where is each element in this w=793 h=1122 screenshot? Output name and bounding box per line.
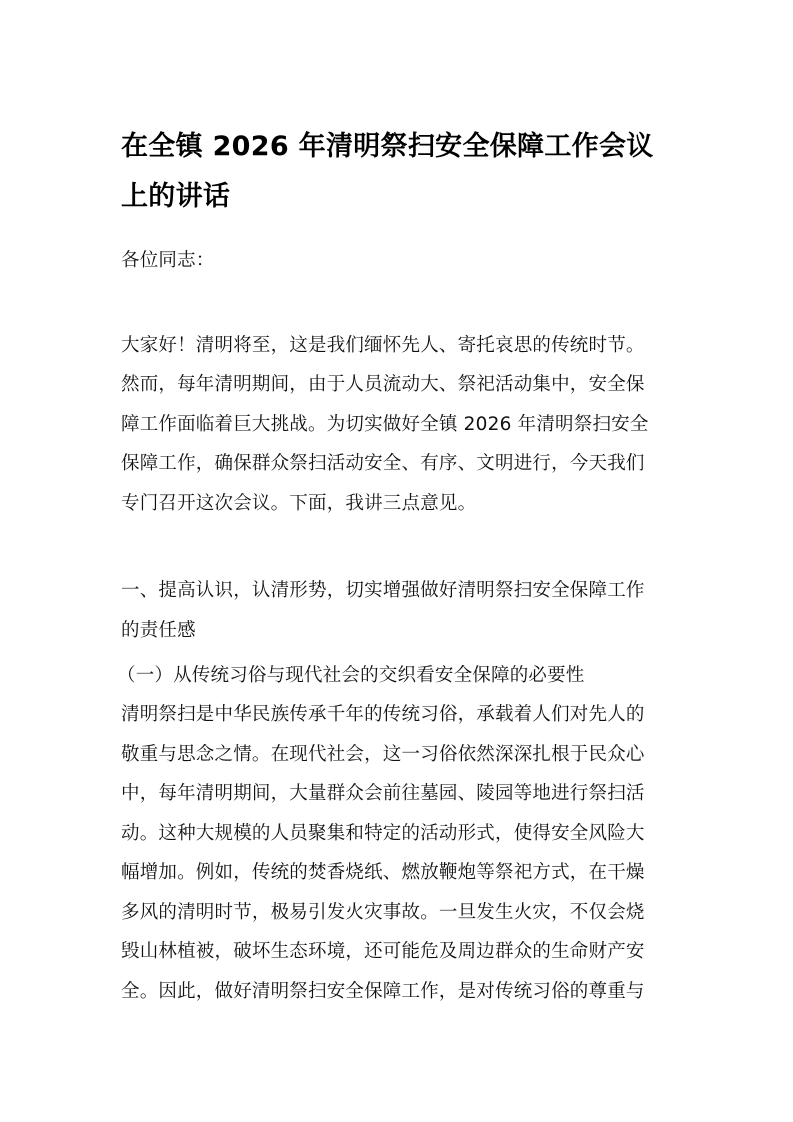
document-title: 在全镇 2026 年清明祭扫安全保障工作会议 上的讲话 xyxy=(121,122,681,222)
intro-line-3: 障工作面临着巨大挑战。为切实做好全镇 2026 年清明祭扫安全 xyxy=(121,413,649,437)
paragraph-line-5: 幅增加。例如，传统的焚香烧纸、燃放鞭炮等祭祀方式，在干燥 xyxy=(121,861,645,885)
section-1-heading-line-1: 一、提高认识，认清形势，切实增强做好清明祭扫安全保障工作 xyxy=(121,579,645,603)
intro-line-4: 保障工作，确保群众祭扫活动安全、有序、文明进行，今天我们 xyxy=(121,452,645,476)
document-page: 在全镇 2026 年清明祭扫安全保障工作会议 上的讲话 各位同志： 大家好！清明… xyxy=(0,0,793,1122)
paragraph-line-8: 全。因此，做好清明祭扫安全保障工作，是对传统习俗的尊重与 xyxy=(121,980,645,1004)
paragraph-line-1: 清明祭扫是中华民族传承千年的传统习俗，承载着人们对先人的 xyxy=(121,703,645,727)
intro-line-5: 专门召开这次会议。下面，我讲三点意见。 xyxy=(121,492,476,516)
intro-line-1: 大家好！清明将至，这是我们缅怀先人、寄托哀思的传统时节。 xyxy=(121,334,645,358)
paragraph-line-7: 毁山林植被，破坏生态环境，还可能危及周边群众的生命财产安 xyxy=(121,940,645,964)
paragraph-line-4: 动。这种大规模的人员聚集和特定的活动形式，使得安全风险大 xyxy=(121,822,645,846)
paragraph-line-3: 中，每年清明期间，大量群众会前往墓园、陵园等地进行祭扫活 xyxy=(121,782,645,806)
paragraph-line-2: 敬重与思念之情。在现代社会，这一习俗依然深深扎根于民众心 xyxy=(121,743,645,767)
subsection-1-heading: （一）从传统习俗与现代社会的交织看安全保障的必要性 xyxy=(117,664,585,688)
section-1-heading-line-2: 的责任感 xyxy=(121,619,196,643)
intro-line-2: 然而，每年清明期间，由于人员流动大、祭祀活动集中，安全保 xyxy=(121,373,645,397)
title-line-2: 上的讲话 xyxy=(121,172,681,222)
title-line-1: 在全镇 2026 年清明祭扫安全保障工作会议 xyxy=(121,122,681,172)
paragraph-line-6: 多风的清明时节，极易引发火灾事故。一旦发生火灾，不仅会烧 xyxy=(121,901,645,925)
salutation: 各位同志： xyxy=(121,249,215,273)
